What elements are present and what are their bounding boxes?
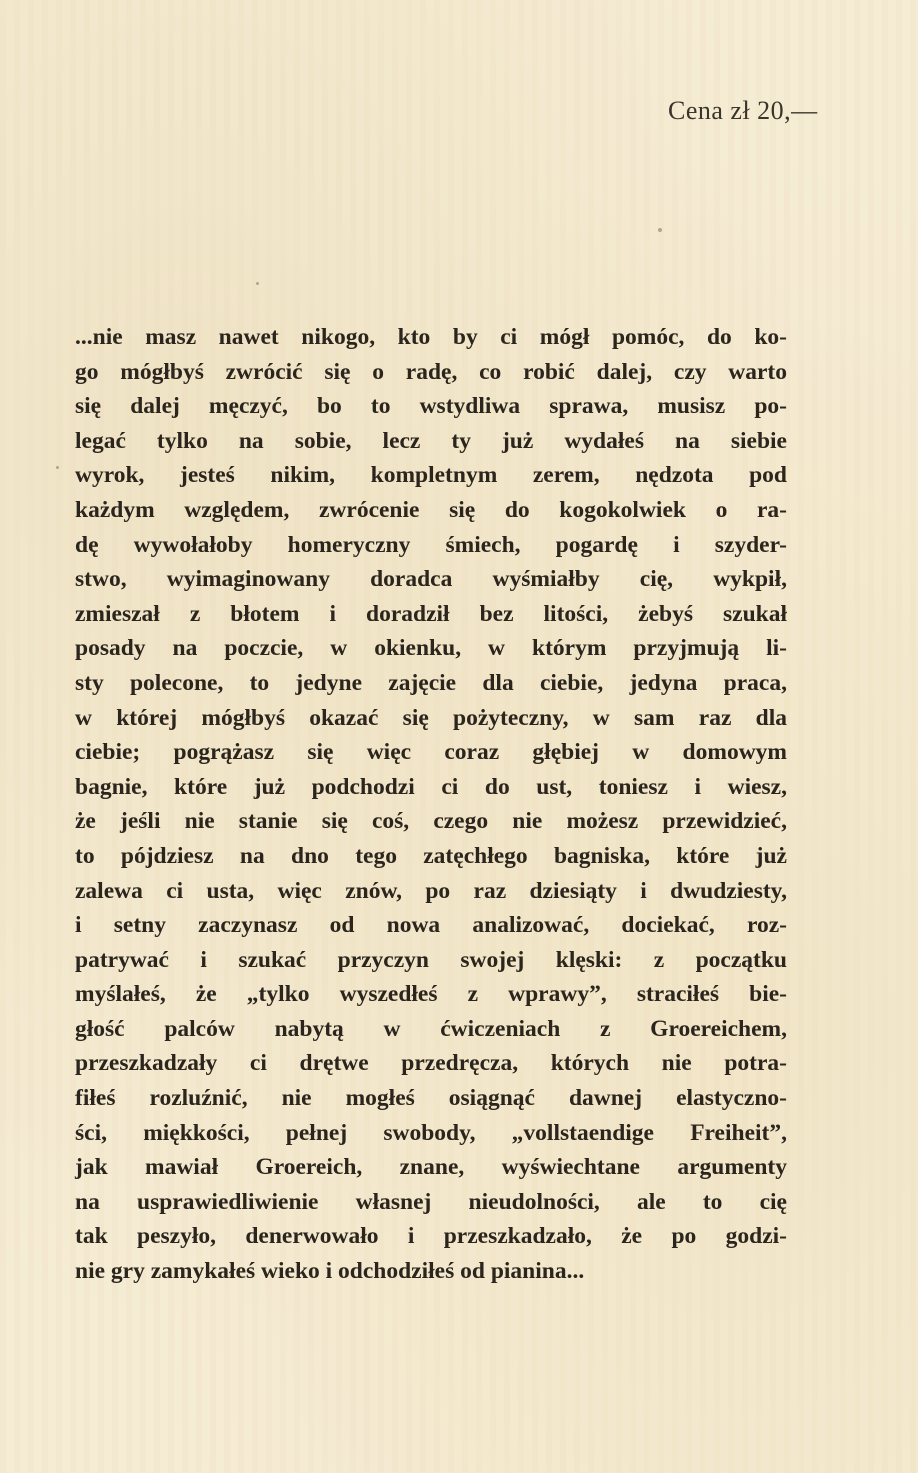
excerpt-line: posady na poczcie, w okienku, w którym p… [75,631,787,666]
excerpt-text: ...nie masz nawet nikogo, kto by ci mógł… [75,320,787,1289]
excerpt-line: dę wywołałoby homeryczny śmiech, pogardę… [75,528,787,563]
paper-speck [56,466,59,469]
excerpt-line: ...nie masz nawet nikogo, kto by ci mógł… [75,320,787,355]
excerpt-line: wyrok, jesteś nikim, kompletnym zerem, n… [75,458,787,493]
excerpt-line: przeszkadzały ci drętwe przedręcza, któr… [75,1046,787,1081]
excerpt-line: legać tylko na sobie, lecz ty już wydałe… [75,424,787,459]
excerpt-line: myślałeś, że „tylko wyszedłeś z wprawy”,… [75,977,787,1012]
excerpt-line: i setny zaczynasz od nowa analizować, do… [75,908,787,943]
book-back-cover: Cena zł 20,— ...nie masz nawet nikogo, k… [0,0,918,1473]
excerpt-line: bagnie, które już podchodzi ci do ust, t… [75,770,787,805]
excerpt-line: ciebie; pogrążasz się więc coraz głębiej… [75,735,787,770]
excerpt-line: ści, miękkości, pełnej swobody, „vollsta… [75,1116,787,1151]
excerpt-line: go mógłbyś zwrócić się o radę, co robić … [75,355,787,390]
paper-speck [256,282,259,285]
excerpt-line: fiłeś rozluźnić, nie mogłeś osiągnąć daw… [75,1081,787,1116]
excerpt-line: tak peszyło, denerwowało i przeszkadzało… [75,1219,787,1254]
excerpt-line: zmieszał z błotem i doradził bez litości… [75,597,787,632]
excerpt-line: zalewa ci usta, więc znów, po raz dziesi… [75,874,787,909]
excerpt-line: każdym względem, zwrócenie się do kogoko… [75,493,787,528]
excerpt-line: stwo, wyimaginowany doradca wyśmiałby ci… [75,562,787,597]
excerpt-line: na usprawiedliwienie własnej nieudolnośc… [75,1185,787,1220]
excerpt-line: się dalej męczyć, bo to wstydliwa sprawa… [75,389,787,424]
excerpt-line: głość palców nabytą w ćwiczeniach z Groe… [75,1012,787,1047]
excerpt-line: w której mógłbyś okazać się pożyteczny, … [75,701,787,736]
excerpt-line: nie gry zamykałeś wieko i odchodziłeś od… [75,1254,787,1289]
excerpt-line: patrywać i szukać przyczyn swojej klęski… [75,943,787,978]
excerpt-line: jak mawiał Groereich, znane, wyświechtan… [75,1150,787,1185]
paper-speck [658,228,662,232]
excerpt-line: sty polecone, to jedyne zajęcie dla cieb… [75,666,787,701]
excerpt-line: że jeśli nie stanie się coś, czego nie m… [75,804,787,839]
excerpt-line: to pójdziesz na dno tego zatęchłego bagn… [75,839,787,874]
price-label: Cena zł 20,— [668,96,818,126]
